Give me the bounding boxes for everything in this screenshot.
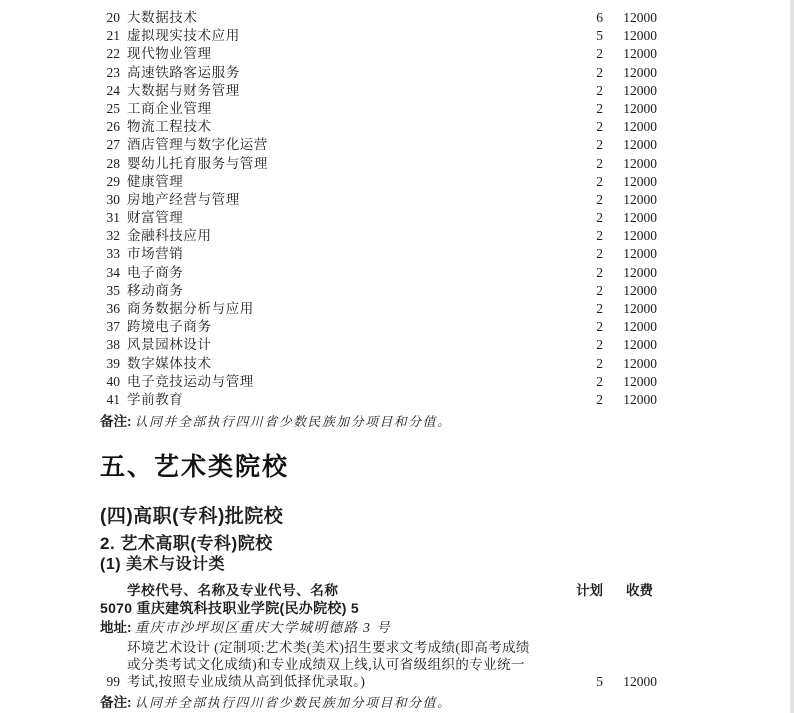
majors-table: 20大数据技术61200021虚拟现实技术应用51200022现代物业管理212… — [100, 9, 657, 409]
row-major-name: 风景园林设计 — [120, 336, 573, 354]
row-plan: 2 — [573, 209, 603, 227]
section-subtitle-1: (四)高职(专科)批院校 — [100, 505, 657, 529]
row-major-name: 酒店管理与数字化运营 — [120, 136, 573, 154]
address-label: 地址: — [100, 620, 132, 635]
row-number: 40 — [100, 373, 120, 391]
table-header-row: 学校代号、名称及专业代号、名称 计划 收费 — [100, 582, 657, 599]
table-row: 21虚拟现实技术应用512000 — [100, 27, 657, 45]
row-major-name: 移动商务 — [120, 282, 573, 300]
row-fee: 12000 — [603, 245, 657, 263]
row-fee: 12000 — [603, 191, 657, 209]
row-major-name: 高速铁路客运服务 — [120, 64, 573, 82]
row-plan: 2 — [573, 136, 603, 154]
document-content: 20大数据技术61200021虚拟现实技术应用51200022现代物业管理212… — [100, 9, 657, 712]
note-text: 认同并全部执行四川省少数民族加分项目和分值。 — [135, 415, 452, 429]
row-number: 30 — [100, 191, 120, 209]
table-row: 40电子竞技运动与管理212000 — [100, 373, 657, 391]
row-number: 32 — [100, 227, 120, 245]
table-row: 41学前教育212000 — [100, 391, 657, 409]
row-fee: 12000 — [603, 391, 657, 409]
address-line: 地址: 重庆市沙坪坝区重庆大学城明德路 3 号 — [100, 619, 657, 637]
row-fee: 12000 — [603, 209, 657, 227]
school-line: 5070 重庆建筑科技职业学院(民办院校) 5 — [100, 599, 657, 617]
row-major-name: 大数据技术 — [120, 9, 573, 27]
table-row: 29健康管理212000 — [100, 173, 657, 191]
address-text: 重庆市沙坪坝区重庆大学城明德路 3 号 — [135, 620, 391, 635]
row-fee: 12000 — [603, 82, 657, 100]
note-label: 备注: — [100, 695, 132, 710]
table-row: 20大数据技术612000 — [100, 9, 657, 27]
row-major-name: 虚拟现实技术应用 — [120, 27, 573, 45]
row-plan: 2 — [573, 45, 603, 63]
row-plan: 6 — [573, 9, 603, 27]
row-fee: 12000 — [603, 64, 657, 82]
table-row: 34电子商务212000 — [100, 264, 657, 282]
row-major-name: 金融科技应用 — [120, 227, 573, 245]
row-major-name: 物流工程技术 — [120, 118, 573, 136]
row-major-name: 学前教育 — [120, 391, 573, 409]
row-number: 26 — [100, 118, 120, 136]
row-number: 27 — [100, 136, 120, 154]
row-plan: 5 — [573, 27, 603, 45]
row-number: 20 — [100, 9, 120, 27]
row-fee: 12000 — [603, 355, 657, 373]
row-fee: 12000 — [603, 336, 657, 354]
major-row: 99 环境艺术设计 (定制项:艺术类(美术)招生要求文考成绩(即高考成绩 或分类… — [100, 639, 657, 690]
row-number: 23 — [100, 64, 120, 82]
row-fee: 12000 — [603, 318, 657, 336]
row-fee: 12000 — [603, 9, 657, 27]
row-plan: 2 — [573, 355, 603, 373]
row-fee: 12000 — [603, 173, 657, 191]
header-fee: 收费 — [603, 582, 657, 599]
table-row: 37跨境电子商务212000 — [100, 318, 657, 336]
row-fee: 12000 — [603, 373, 657, 391]
table-row: 39数字媒体技术212000 — [100, 355, 657, 373]
row-fee: 12000 — [603, 282, 657, 300]
row-number: 35 — [100, 282, 120, 300]
row-number: 39 — [100, 355, 120, 373]
table-note: 备注: 认同并全部执行四川省少数民族加分项目和分值。 — [100, 413, 657, 431]
row-fee: 12000 — [603, 100, 657, 118]
row-major-name: 商务数据分析与应用 — [120, 300, 573, 318]
section-subtitle-3: (1) 美术与设计类 — [100, 555, 657, 575]
table-row: 23高速铁路客运服务212000 — [100, 64, 657, 82]
row-plan: 2 — [573, 391, 603, 409]
row-plan: 2 — [573, 245, 603, 263]
row-number: 33 — [100, 245, 120, 263]
row-number: 21 — [100, 27, 120, 45]
row-plan: 2 — [573, 227, 603, 245]
row-number: 41 — [100, 391, 120, 409]
row-major-name: 市场营销 — [120, 245, 573, 263]
row-plan: 2 — [573, 373, 603, 391]
note-label: 备注: — [100, 414, 132, 429]
row-number: 29 — [100, 173, 120, 191]
row-major-name: 婴幼儿托育服务与管理 — [120, 155, 573, 173]
row-plan: 2 — [573, 82, 603, 100]
row-major-name: 数字媒体技术 — [120, 355, 573, 373]
row-number: 36 — [100, 300, 120, 318]
table-row: 30房地产经营与管理212000 — [100, 191, 657, 209]
table-row: 36商务数据分析与应用212000 — [100, 300, 657, 318]
section-title: 五、艺术类院校 — [100, 452, 657, 482]
table-row: 27酒店管理与数字化运营212000 — [100, 136, 657, 154]
header-plan: 计划 — [573, 582, 603, 599]
row-plan: 2 — [573, 155, 603, 173]
row-fee: 12000 — [603, 227, 657, 245]
major-fee: 12000 — [603, 673, 657, 690]
major-name: 环境艺术设计 (定制项:艺术类(美术)招生要求文考成绩(即高考成绩 或分类考试文… — [120, 639, 573, 690]
table-row: 31财富管理212000 — [100, 209, 657, 227]
row-number: 24 — [100, 82, 120, 100]
row-fee: 12000 — [603, 300, 657, 318]
scrollbar[interactable] — [790, 0, 794, 713]
note-text: 认同并全部执行四川省少数民族加分项目和分值。 — [135, 696, 452, 710]
table-row: 32金融科技应用212000 — [100, 227, 657, 245]
row-major-name: 房地产经营与管理 — [120, 191, 573, 209]
table-row: 38风景园林设计212000 — [100, 336, 657, 354]
row-fee: 12000 — [603, 155, 657, 173]
row-fee: 12000 — [603, 264, 657, 282]
table-row: 24大数据与财务管理212000 — [100, 82, 657, 100]
row-plan: 2 — [573, 300, 603, 318]
table-row: 28婴幼儿托育服务与管理212000 — [100, 155, 657, 173]
row-major-name: 工商企业管理 — [120, 100, 573, 118]
table-note: 备注: 认同并全部执行四川省少数民族加分项目和分值。 — [100, 694, 657, 712]
row-number: 34 — [100, 264, 120, 282]
row-number: 22 — [100, 45, 120, 63]
row-major-name: 健康管理 — [120, 173, 573, 191]
row-number: 28 — [100, 155, 120, 173]
section-subtitle-2: 2. 艺术高职(专科)院校 — [100, 533, 657, 554]
row-number: 37 — [100, 318, 120, 336]
row-major-name: 电子竞技运动与管理 — [120, 373, 573, 391]
row-major-name: 大数据与财务管理 — [120, 82, 573, 100]
major-number: 99 — [100, 673, 120, 690]
row-plan: 2 — [573, 336, 603, 354]
row-major-name: 财富管理 — [120, 209, 573, 227]
table-row: 35移动商务212000 — [100, 282, 657, 300]
row-fee: 12000 — [603, 27, 657, 45]
row-plan: 2 — [573, 318, 603, 336]
row-plan: 2 — [573, 118, 603, 136]
header-school-major: 学校代号、名称及专业代号、名称 — [120, 582, 573, 599]
row-fee: 12000 — [603, 118, 657, 136]
row-number: 31 — [100, 209, 120, 227]
row-fee: 12000 — [603, 45, 657, 63]
row-plan: 2 — [573, 282, 603, 300]
row-major-name: 电子商务 — [120, 264, 573, 282]
row-fee: 12000 — [603, 136, 657, 154]
major-plan: 5 — [573, 673, 603, 690]
row-number: 25 — [100, 100, 120, 118]
row-plan: 2 — [573, 191, 603, 209]
row-major-name: 跨境电子商务 — [120, 318, 573, 336]
row-number: 38 — [100, 336, 120, 354]
table-row: 22现代物业管理212000 — [100, 45, 657, 63]
row-plan: 2 — [573, 64, 603, 82]
table-row: 33市场营销212000 — [100, 245, 657, 263]
table-row: 25工商企业管理212000 — [100, 100, 657, 118]
row-plan: 2 — [573, 173, 603, 191]
row-major-name: 现代物业管理 — [120, 45, 573, 63]
table-row: 26物流工程技术212000 — [100, 118, 657, 136]
document-page: 20大数据技术61200021虚拟现实技术应用51200022现代物业管理212… — [0, 0, 794, 713]
row-plan: 2 — [573, 264, 603, 282]
row-plan: 2 — [573, 100, 603, 118]
